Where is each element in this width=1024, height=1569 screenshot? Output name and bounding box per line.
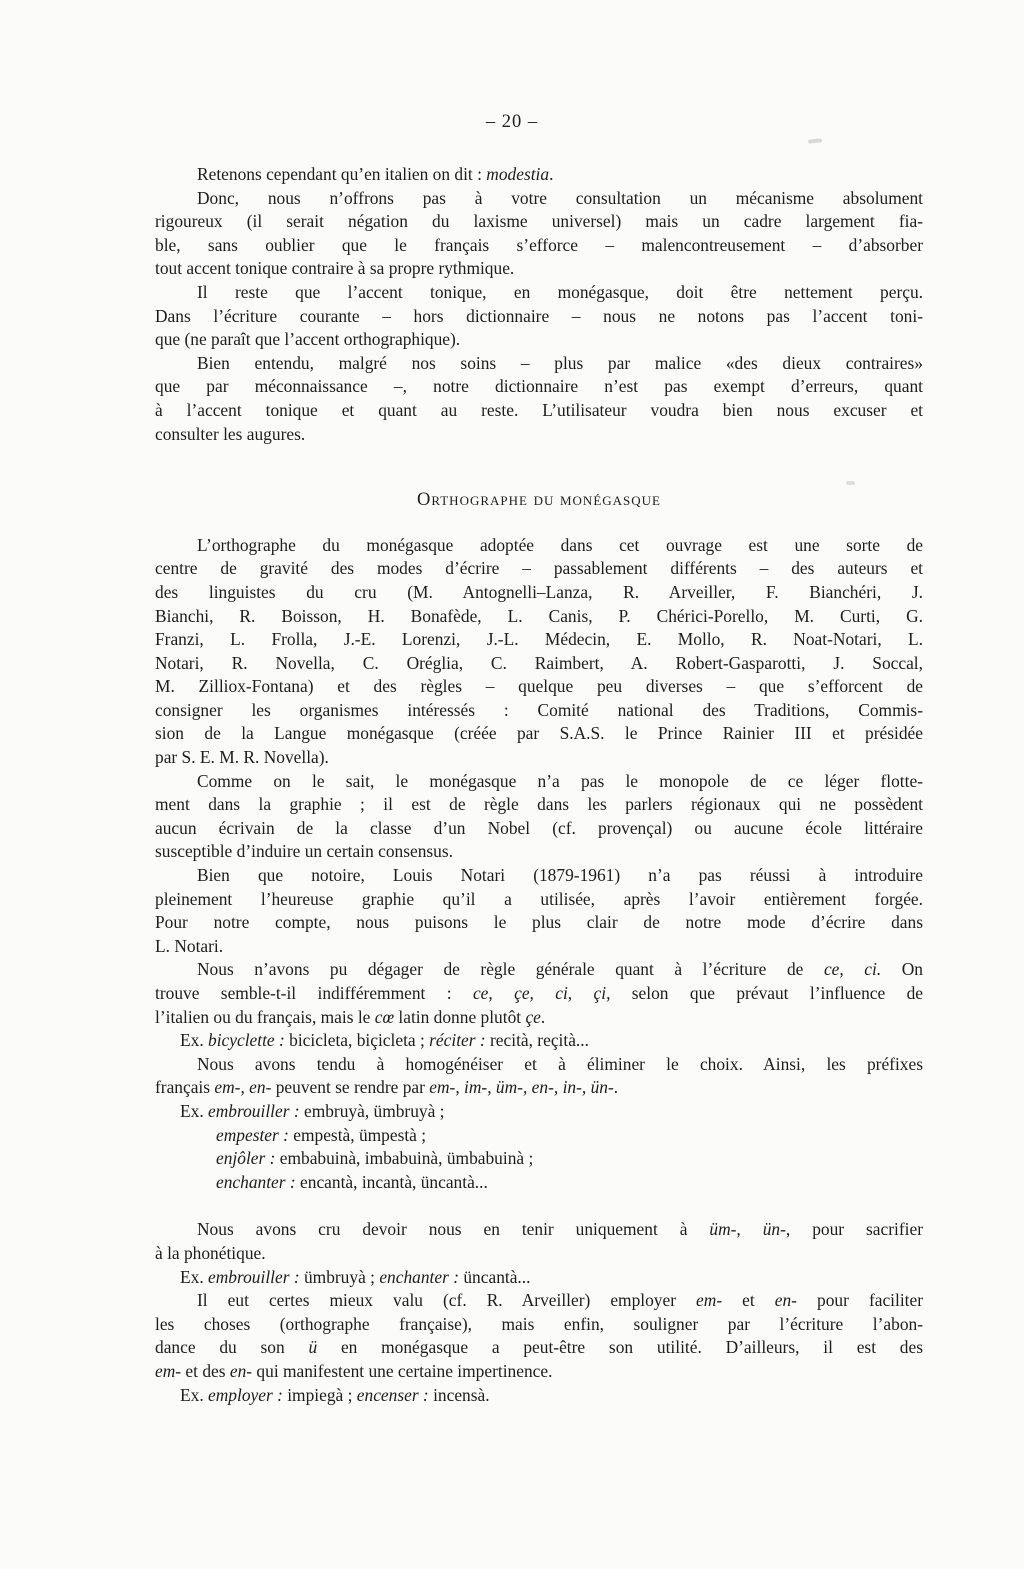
text-run: qui manifestent une certaine impertinenc… [252, 1361, 552, 1381]
text-line: à la phonétique. [155, 1242, 923, 1266]
text-run: ble, sans oublier que le français s’effo… [155, 235, 923, 255]
text-run: Bien que notoire, Louis Notari (1879-196… [197, 865, 923, 885]
italic-run: en- [775, 1290, 797, 1310]
paragraph: Nous avons tendu à homogénéiser et à éli… [155, 1053, 923, 1100]
italic-run: ce, ci. [824, 959, 881, 979]
text-line: Franzi, L. Frolla, J.-E. Lorenzi, J.-L. … [155, 628, 923, 652]
italic-run: embrouiller : [208, 1101, 300, 1121]
text-line: enjôler : embabuinà, imbabuinà, ümbabuin… [155, 1147, 923, 1171]
italic-run: cœ [375, 1007, 394, 1027]
text-line: Retenons cependant qu’en italien on dit … [155, 163, 923, 187]
italic-run: bicyclette : [208, 1030, 285, 1050]
text-run: Notari, R. Novella, C. Oréglia, C. Raimb… [155, 653, 923, 673]
text-run: . [541, 1007, 545, 1027]
text-run: . [549, 164, 553, 184]
paragraph: L’orthographe du monégasque adoptée dans… [155, 534, 923, 770]
text-run: incensà. [429, 1385, 490, 1405]
paragraph: Donc, nous n’offrons pas à votre consult… [155, 187, 923, 281]
text-run: centre de gravité des modes d’écrire – p… [155, 558, 923, 578]
italic-run: üm-, ün- [709, 1219, 786, 1239]
scan-artifact [808, 138, 822, 143]
text-run: l’italien ou du français, mais le [155, 1007, 375, 1027]
text-line: rigoureux (il serait négation du laxisme… [155, 210, 923, 234]
paragraph: Nous n’avons pu dégager de règle général… [155, 958, 923, 1029]
text-run: empestà, ümpestà ; [289, 1125, 426, 1145]
text-run: embabuinà, imbabuinà, ümbabuinà ; [275, 1148, 533, 1168]
text-line: Nous avons cru devoir nous en tenir uniq… [155, 1218, 923, 1242]
text-run: Ex. [180, 1101, 208, 1121]
paragraph: Bien entendu, malgré nos soins – plus pa… [155, 352, 923, 446]
text-run: üncantà... [459, 1267, 530, 1287]
paragraph: Il eut certes mieux valu (cf. R. Arveill… [155, 1289, 923, 1383]
paragraph: Ex. embrouiller : embruyà, ümbruyà ;empe… [155, 1100, 923, 1194]
text-run: à l’accent tonique et quant au reste. L’… [155, 400, 923, 420]
text-line: L’orthographe du monégasque adoptée dans… [155, 534, 923, 558]
text-run: L’orthographe du monégasque adoptée dans… [197, 535, 923, 555]
text-line: par S. E. M. R. Novella). [155, 746, 923, 770]
text-run: les choses (orthographe française), mais… [155, 1314, 923, 1334]
text-run: ümbruyà ; [300, 1267, 380, 1287]
text-run: Bien entendu, malgré nos soins – plus pa… [197, 353, 923, 373]
italic-run: çe [525, 1007, 540, 1027]
text-run: pour faciliter [797, 1290, 923, 1310]
text-run: sion de la Langue monégasque (créée par … [155, 723, 923, 743]
text-run: encantà, incantà, üncantà... [296, 1172, 488, 1192]
text-run: Nous n’avons pu dégager de règle général… [197, 959, 824, 979]
text-run: en monégasque a peut-être son utilité. D… [317, 1337, 923, 1357]
text-line: les choses (orthographe française), mais… [155, 1313, 923, 1337]
text-line: Nous avons tendu à homogénéiser et à éli… [155, 1053, 923, 1077]
text-line: consigner les organismes intéressés : Co… [155, 699, 923, 723]
text-run: Il reste que l’accent tonique, en monéga… [197, 282, 923, 302]
text-run: consigner les organismes intéressés : Co… [155, 700, 923, 720]
text-line: L. Notari. [155, 935, 923, 959]
italic-run: enjôler : [216, 1148, 275, 1168]
text-run: ment dans la graphie ; il est de règle d… [155, 794, 923, 814]
text-run: susceptible d’induire un certain consens… [155, 841, 453, 861]
italic-run: encenser : [357, 1385, 429, 1405]
text-line: ment dans la graphie ; il est de règle d… [155, 793, 923, 817]
text-line: Il eut certes mieux valu (cf. R. Arveill… [155, 1289, 923, 1313]
text-run: bicicleta, biçicleta ; [285, 1030, 429, 1050]
section-heading: Orthographe du monégasque [155, 489, 923, 513]
text-run: . [614, 1077, 618, 1097]
text-line: Bianchi, R. Boisson, H. Bonafède, L. Can… [155, 605, 923, 629]
text-run: tout accent tonique contraire à sa propr… [155, 258, 514, 278]
italic-run: modestia [486, 164, 549, 184]
paragraph: Bien que notoire, Louis Notari (1879-196… [155, 864, 923, 958]
text-run: et [722, 1290, 775, 1310]
text-line: sion de la Langue monégasque (créée par … [155, 722, 923, 746]
text-line: Ex. employer : impiegà ; encenser : ince… [155, 1384, 923, 1408]
text-line: que (ne paraît que l’accent orthographiq… [155, 328, 923, 352]
text-line: Notari, R. Novella, C. Oréglia, C. Raimb… [155, 652, 923, 676]
text-run: Bianchi, R. Boisson, H. Bonafède, L. Can… [155, 606, 923, 626]
text-line: enchanter : encantà, incantà, üncantà... [155, 1171, 923, 1195]
text-line: susceptible d’induire un certain consens… [155, 840, 923, 864]
text-run: Dans l’écriture courante – hors dictionn… [155, 306, 923, 326]
text-run: trouve semble-t-il indifféremment : [155, 983, 473, 1003]
text-run: L. Notari. [155, 936, 223, 956]
text-line: Il reste que l’accent tonique, en monéga… [155, 281, 923, 305]
text-run: aucun écrivain de la classe d’un Nobel (… [155, 818, 923, 838]
italic-run: ü [308, 1337, 317, 1357]
text-run: , pour sacrifier [786, 1219, 923, 1239]
paragraph: Ex. bicyclette : bicicleta, biçicleta ; … [155, 1029, 923, 1053]
text-run: Ex. [180, 1385, 208, 1405]
paragraph: Retenons cependant qu’en italien on dit … [155, 163, 923, 187]
text-run: que par méconnaissance –, notre dictionn… [155, 376, 923, 396]
italic-run: enchanter : [216, 1172, 296, 1192]
scanned-book-page: – 20 – Retenons cependant qu’en italien … [0, 0, 1024, 1569]
text-run: Comme on le sait, le monégasque n’a pas … [197, 771, 923, 791]
text-run: On [881, 959, 923, 979]
italic-run: em-, im-, üm-, en-, in-, ün- [429, 1077, 613, 1097]
scan-artifact [846, 481, 855, 486]
text-line: Ex. embrouiller : ümbruyà ; enchanter : … [155, 1266, 923, 1290]
italic-run: employer : [208, 1385, 283, 1405]
text-run: dance du son [155, 1337, 308, 1357]
text-run: recità, reçità... [486, 1030, 589, 1050]
text-line: Bien que notoire, Louis Notari (1879-196… [155, 864, 923, 888]
text-line: Bien entendu, malgré nos soins – plus pa… [155, 352, 923, 376]
italic-run: empester : [216, 1125, 289, 1145]
text-line: français em-, en- peuvent se rendre par … [155, 1076, 923, 1100]
text-line: l’italien ou du français, mais le cœ lat… [155, 1006, 923, 1030]
text-run: et des [181, 1361, 230, 1381]
paragraph: Nous avons cru devoir nous en tenir uniq… [155, 1218, 923, 1265]
page-number: – 20 – [0, 112, 1024, 133]
italic-run: em- [696, 1290, 722, 1310]
text-line: aucun écrivain de la classe d’un Nobel (… [155, 817, 923, 841]
text-run: M. Zilliox-Fontana) et des règles – quel… [155, 676, 923, 696]
text-line: tout accent tonique contraire à sa propr… [155, 257, 923, 281]
text-line: que par méconnaissance –, notre dictionn… [155, 375, 923, 399]
text-run: Nous avons tendu à homogénéiser et à éli… [197, 1054, 923, 1074]
text-line: Nous n’avons pu dégager de règle général… [155, 958, 923, 982]
text-line: Pour notre compte, nous puisons le plus … [155, 911, 923, 935]
text-line: Ex. bicyclette : bicicleta, biçicleta ; … [155, 1029, 923, 1053]
text-line: ble, sans oublier que le français s’effo… [155, 234, 923, 258]
italic-run: réciter : [429, 1030, 486, 1050]
text-line: des linguistes du cru (M. Antognelli–Lan… [155, 581, 923, 605]
text-run: pleinement l’heureuse graphie qu’il a ut… [155, 889, 923, 909]
text-run: français [155, 1077, 214, 1097]
text-run: Ex. [180, 1030, 208, 1050]
text-run: Donc, nous n’offrons pas à votre consult… [197, 188, 923, 208]
text-run: des linguistes du cru (M. Antognelli–Lan… [155, 582, 923, 602]
text-line: Ex. embrouiller : embruyà, ümbruyà ; [155, 1100, 923, 1124]
text-line: consulter les augures. [155, 423, 923, 447]
text-run: par S. E. M. R. Novella). [155, 747, 329, 767]
italic-run: en- [230, 1361, 252, 1381]
paragraph: Comme on le sait, le monégasque n’a pas … [155, 770, 923, 864]
text-line: M. Zilliox-Fontana) et des règles – quel… [155, 675, 923, 699]
text-run: que (ne paraît que l’accent orthographiq… [155, 329, 460, 349]
text-run: impiegà ; [283, 1385, 357, 1405]
text-run: Pour notre compte, nous puisons le plus … [155, 912, 923, 932]
text-run: Nous avons cru devoir nous en tenir uniq… [197, 1219, 709, 1239]
text-line: Donc, nous n’offrons pas à votre consult… [155, 187, 923, 211]
text-run: selon que prévaut l’influence de [610, 983, 923, 1003]
text-run: Retenons cependant qu’en italien on dit … [197, 164, 486, 184]
text-column: Retenons cependant qu’en italien on dit … [155, 163, 923, 1407]
paragraph: Il reste que l’accent tonique, en monéga… [155, 281, 923, 352]
text-line: Dans l’écriture courante – hors dictionn… [155, 305, 923, 329]
text-run: Il eut certes mieux valu (cf. R. Arveill… [197, 1290, 696, 1310]
text-line: empester : empestà, ümpestà ; [155, 1124, 923, 1148]
text-line: dance du son ü en monégasque a peut-être… [155, 1336, 923, 1360]
text-line: centre de gravité des modes d’écrire – p… [155, 557, 923, 581]
italic-run: em- [155, 1361, 181, 1381]
paragraph: Ex. embrouiller : ümbruyà ; enchanter : … [155, 1266, 923, 1290]
text-line: em- et des en- qui manifestent une certa… [155, 1360, 923, 1384]
text-line: trouve semble-t-il indifféremment : ce, … [155, 982, 923, 1006]
text-line: pleinement l’heureuse graphie qu’il a ut… [155, 888, 923, 912]
text-line: Comme on le sait, le monégasque n’a pas … [155, 770, 923, 794]
text-run: embruyà, ümbruyà ; [300, 1101, 445, 1121]
italic-run: enchanter : [379, 1267, 459, 1287]
italic-run: em-, en- [214, 1077, 271, 1097]
text-run: consulter les augures. [155, 424, 305, 444]
italic-run: ce, çe, ci, çi, [473, 983, 610, 1003]
text-run: Ex. [180, 1267, 208, 1287]
text-run: peuvent se rendre par [271, 1077, 429, 1097]
paragraph: Ex. employer : impiegà ; encenser : ince… [155, 1384, 923, 1408]
italic-run: embrouiller : [208, 1267, 300, 1287]
text-run: à la phonétique. [155, 1243, 266, 1263]
text-line: à l’accent tonique et quant au reste. L’… [155, 399, 923, 423]
text-run: Franzi, L. Frolla, J.-E. Lorenzi, J.-L. … [155, 629, 923, 649]
text-run: rigoureux (il serait négation du laxisme… [155, 211, 923, 231]
text-run: latin donne plutôt [394, 1007, 525, 1027]
